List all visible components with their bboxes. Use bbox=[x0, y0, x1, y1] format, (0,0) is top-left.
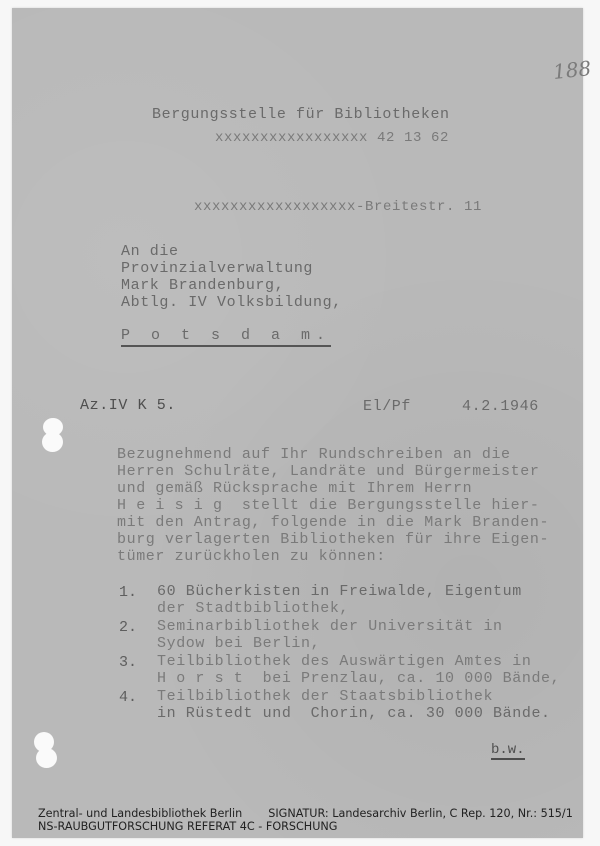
list-item-number: 4. bbox=[119, 689, 137, 706]
reference-initials: El/Pf bbox=[363, 399, 411, 415]
recipient-city-text: P o t s d a m. bbox=[121, 327, 331, 347]
recipient-line: Abtlg. IV Volksbildung, bbox=[121, 295, 342, 311]
list-item-line: H o r s t bei Prenzlau, ca. 10 000 Bände… bbox=[157, 671, 560, 687]
list-item-line: in Rüstedt und Chorin, ca. 30 000 Bände. bbox=[157, 706, 551, 722]
recipient-line: Mark Brandenburg, bbox=[121, 278, 284, 294]
footer-signature: SIGNATUR: Landesarchiv Berlin, C Rep. 12… bbox=[268, 807, 573, 820]
list-item-number: 2. bbox=[119, 619, 137, 636]
continuation-mark-text: b.w. bbox=[491, 742, 525, 760]
list-item-line: Seminarbibliothek der Universität in bbox=[157, 619, 503, 635]
continuation-mark: b.w. bbox=[491, 742, 525, 758]
list-item-number: 1. bbox=[119, 584, 137, 601]
recipient-line: An die bbox=[121, 244, 179, 260]
list-item-line: Sydow bei Berlin, bbox=[157, 636, 320, 652]
file-number: Az.IV K 5. bbox=[80, 398, 176, 414]
list-item-line: Teilbibliothek der Staatsbibliothek bbox=[157, 689, 493, 705]
recipient-city: P o t s d a m. bbox=[121, 328, 331, 344]
footer-line-1: Zentral- und Landesbibliothek BerlinSIGN… bbox=[38, 807, 573, 820]
letterhead-institution: Bergungsstelle für Bibliotheken bbox=[152, 107, 450, 123]
list-item-line: Teilbibliothek des Auswärtigen Amtes in bbox=[157, 654, 531, 670]
list-item-line: der Stadtbibliothek, bbox=[157, 601, 349, 617]
body-line: Bezugnehmend auf Ihr Rundschreiben an di… bbox=[117, 447, 511, 463]
list-item-number: 3. bbox=[119, 654, 137, 671]
letterhead-address: xxxxxxxxxxxxxxxxxx-Breitestr. 11 bbox=[194, 199, 482, 215]
list-item-line: 60 Bücherkisten in Freiwalde, Eigentum bbox=[157, 584, 522, 600]
footer-library: Zentral- und Landesbibliothek Berlin bbox=[38, 807, 242, 820]
body-line: H e i s i g stellt die Bergungsstelle hi… bbox=[117, 498, 539, 514]
body-line: burg verlagerten Bibliotheken für ihre E… bbox=[117, 532, 549, 548]
body-line: tümer zurückholen zu können: bbox=[117, 549, 386, 565]
folio-number: 188 bbox=[552, 56, 592, 84]
body-line: mit den Antrag, folgende in die Mark Bra… bbox=[117, 515, 549, 531]
recipient-line: Provinzialverwaltung bbox=[121, 261, 313, 277]
letterhead-phone: xxxxxxxxxxxxxxxxx 42 13 62 bbox=[215, 130, 449, 146]
letter-date: 4.2.1946 bbox=[462, 399, 539, 415]
footer-line-2: NS-RAUBGUTFORSCHUNG REFERAT 4C - FORSCHU… bbox=[38, 820, 337, 833]
body-line: und gemäß Rücksprache mit Ihrem Herrn bbox=[117, 481, 472, 497]
body-line: Herren Schulräte, Landräte und Bürgermei… bbox=[117, 464, 539, 480]
